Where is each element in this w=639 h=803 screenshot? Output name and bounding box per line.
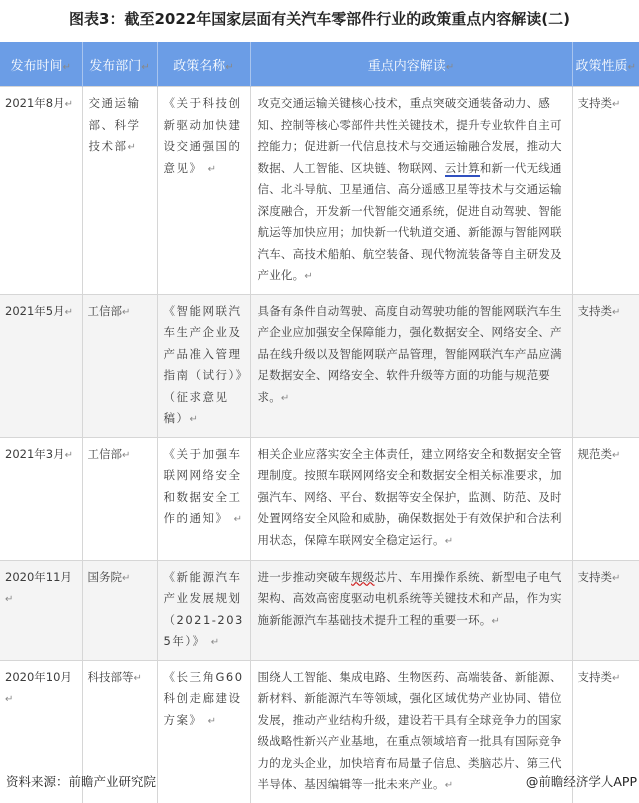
cell-policy: 《关于科技创新驱动加快建设交通强国的意见》 ↵ bbox=[157, 87, 250, 295]
cell-content: 围绕人工智能、集成电路、生物医药、高端装备、新能源、新材料、新能源汽车等领域，强… bbox=[250, 660, 572, 803]
cell-content: 攻克交通运输关键核心技术，重点突破交通装备动力、感知、控制等核心零部件共性关键技… bbox=[250, 87, 572, 295]
cell-date: 2021年3月↵ bbox=[0, 437, 82, 560]
cell-department: 交通运输部、科学技术部↵ bbox=[82, 87, 157, 295]
figure-title: 图表3：截至2022年国家层面有关汽车零部件行业的政策重点内容解读(二) bbox=[0, 8, 639, 29]
header-department: 发布部门↵ bbox=[82, 42, 157, 87]
header-date: 发布时间↵ bbox=[0, 42, 82, 87]
cell-policy: 《智能网联汽车生产企业及产品准入管理指南（试行）》（征求意见稿）↵ bbox=[157, 294, 250, 437]
spellcheck-underline: 规级 bbox=[351, 570, 374, 584]
cell-department: 工信部↵ bbox=[82, 294, 157, 437]
cell-nature: 支持类↵ bbox=[572, 87, 639, 295]
table-row: 2021年5月↵ 工信部↵ 《智能网联汽车生产企业及产品准入管理指南（试行）》（… bbox=[0, 294, 639, 437]
cell-policy: 《长三角G60科创走廊建设方案》 ↵ bbox=[157, 660, 250, 803]
cell-nature: 支持类↵ bbox=[572, 560, 639, 660]
cell-policy: 《关于加强车联网网络安全和数据安全工作的通知》 ↵ bbox=[157, 437, 250, 560]
cell-content: 相关企业应落实安全主体责任，建立网络安全和数据安全管理制度。按照车联网网络安全和… bbox=[250, 437, 572, 560]
cell-nature: 规范类↵ bbox=[572, 437, 639, 560]
cell-policy: 《新能源汽车产业发展规划（2021-2035年）》 ↵ bbox=[157, 560, 250, 660]
table-row: 2021年8月↵ 交通运输部、科学技术部↵ 《关于科技创新驱动加快建设交通强国的… bbox=[0, 87, 639, 295]
source-note: 资料来源：前瞻产业研究院 bbox=[6, 772, 156, 790]
credit-note: @前瞻经济学人APP bbox=[526, 772, 637, 790]
cell-date: 2020年11月↵ bbox=[0, 560, 82, 660]
table-row: 2021年3月↵ 工信部↵ 《关于加强车联网网络安全和数据安全工作的通知》 ↵ … bbox=[0, 437, 639, 560]
table-header-row: 发布时间↵ 发布部门↵ 政策名称↵ 重点内容解读↵ 政策性质↵ bbox=[0, 42, 639, 87]
header-nature: 政策性质↵ bbox=[572, 42, 639, 87]
grammar-underline: 云计算 bbox=[445, 161, 480, 177]
table-row: 2020年11月↵ 国务院↵ 《新能源汽车产业发展规划（2021-2035年）》… bbox=[0, 560, 639, 660]
cell-content: 进一步推动突破车规级芯片、车用操作系统、新型电子电气架构、高效高密度驱动电机系统… bbox=[250, 560, 572, 660]
cell-date: 2021年8月↵ bbox=[0, 87, 82, 295]
header-content: 重点内容解读↵ bbox=[250, 42, 572, 87]
header-policy: 政策名称↵ bbox=[157, 42, 250, 87]
cell-nature: 支持类↵ bbox=[572, 294, 639, 437]
cell-date: 2021年5月↵ bbox=[0, 294, 82, 437]
cell-department: 国务院↵ bbox=[82, 560, 157, 660]
cell-department: 工信部↵ bbox=[82, 437, 157, 560]
policy-table: 发布时间↵ 发布部门↵ 政策名称↵ 重点内容解读↵ 政策性质↵ 2021年8月↵… bbox=[0, 42, 639, 803]
cell-content: 具备有条件自动驾驶、高度自动驾驶功能的智能网联汽车生产企业应加强安全保障能力，强… bbox=[250, 294, 572, 437]
